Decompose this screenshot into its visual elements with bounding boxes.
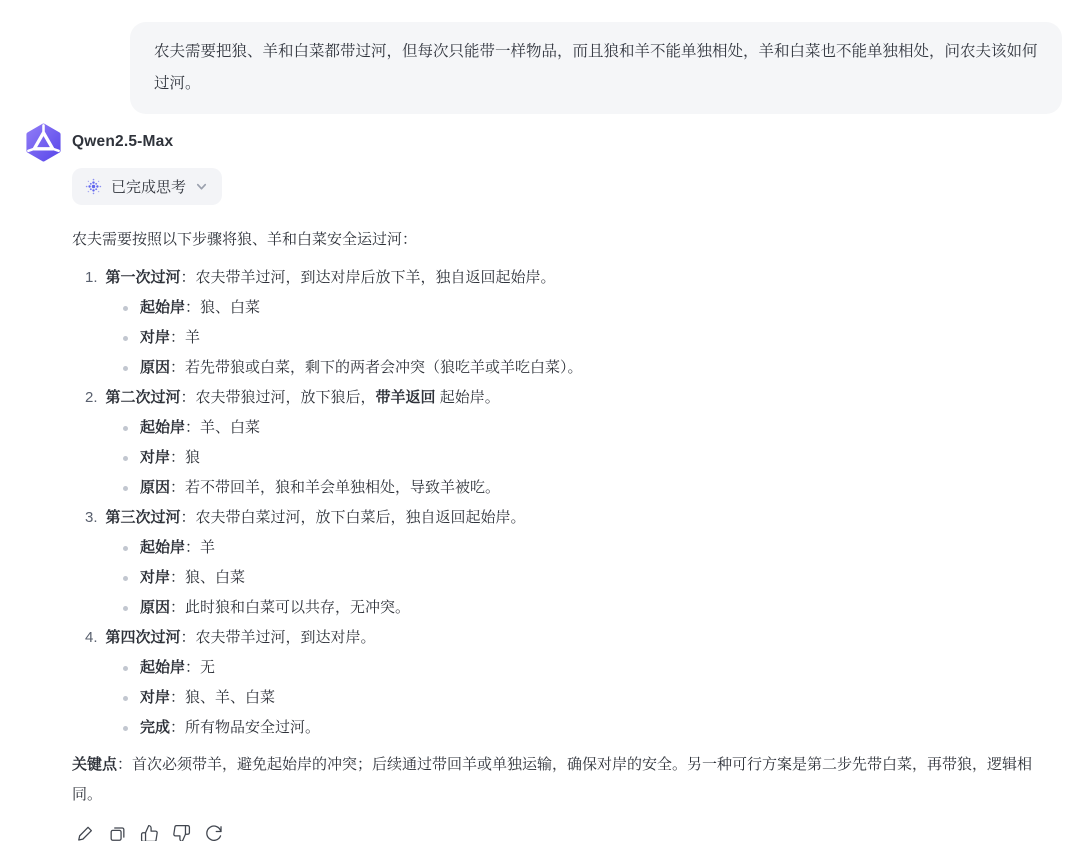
bold-text: 第二次过河 <box>106 389 181 406</box>
bullet-dot-icon <box>123 366 128 371</box>
step-detail: 起始岸：羊 <box>72 533 1056 563</box>
text: ：农夫带白菜过河，放下白菜后，独自返回起始岸。 <box>181 509 526 526</box>
thumbs-up-icon <box>140 824 159 841</box>
step-detail: 完成：所有物品安全过河。 <box>72 713 1056 743</box>
bullet-dot-icon <box>123 576 128 581</box>
user-message-bubble: 农夫需要把狼、羊和白菜都带过河，但每次只能带一样物品，而且狼和羊不能单独相处，羊… <box>130 22 1062 114</box>
bold-text: 对岸 <box>140 569 170 586</box>
bold-text: 起始岸 <box>140 419 185 436</box>
thumbs-down-button[interactable] <box>168 820 194 841</box>
model-name: Qwen2.5-Max <box>72 133 173 151</box>
sparkle-dots-icon <box>85 178 102 195</box>
text: ：羊 <box>170 329 200 346</box>
bullet-dot-icon <box>123 426 128 431</box>
step-detail: 对岸：狼、羊、白菜 <box>72 683 1056 713</box>
bold-text: 对岸 <box>140 329 170 346</box>
text: ：羊、白菜 <box>185 419 260 436</box>
bullet-dot-icon <box>123 726 128 731</box>
text: ：农夫带狼过河，放下狼后， <box>181 389 376 406</box>
step-detail: 原因：若先带狼或白菜，剩下的两者会冲突（狼吃羊或羊吃白菜）。 <box>72 353 1056 383</box>
bold-text: 对岸 <box>140 449 170 466</box>
bullet-dot-icon <box>123 456 128 461</box>
step-details: 起始岸：狼、白菜对岸：羊原因：若先带狼或白菜，剩下的两者会冲突（狼吃羊或羊吃白菜… <box>72 293 1056 383</box>
bold-text: 第一次过河 <box>106 269 181 286</box>
bold-text: 第四次过河 <box>106 629 181 646</box>
edit-icon <box>76 824 95 841</box>
text: ：若不带回羊，狼和羊会单独相处，导致羊被吃。 <box>170 479 500 496</box>
text: ：无 <box>185 659 215 676</box>
text: ：所有物品安全过河。 <box>170 719 320 736</box>
step-detail: 原因：此时狼和白菜可以共存，无冲突。 <box>72 593 1056 623</box>
bold-text: 起始岸 <box>140 539 185 556</box>
bold-text: 完成 <box>140 719 170 736</box>
step-item: 3.第三次过河：农夫带白菜过河，放下白菜后，独自返回起始岸。起始岸：羊对岸：狼、… <box>72 503 1056 623</box>
step-item: 2.第二次过河：农夫带狼过河，放下狼后，带羊返回 起始岸。起始岸：羊、白菜对岸：… <box>72 383 1056 503</box>
step-detail: 原因：若不带回羊，狼和羊会单独相处，导致羊被吃。 <box>72 473 1056 503</box>
bullet-dot-icon <box>123 606 128 611</box>
step-details: 起始岸：羊对岸：狼、白菜原因：此时狼和白菜可以共存，无冲突。 <box>72 533 1056 623</box>
step-number: 4. <box>85 629 98 646</box>
step-item: 4.第四次过河：农夫带羊过河，到达对岸。起始岸：无对岸：狼、羊、白菜完成：所有物… <box>72 623 1056 743</box>
text: ：狼、白菜 <box>185 299 260 316</box>
regenerate-button[interactable] <box>200 820 226 841</box>
thumbs-down-icon <box>172 824 191 841</box>
regenerate-icon <box>204 824 223 841</box>
bold-text: 关键点 <box>72 756 117 773</box>
step-detail: 对岸：羊 <box>72 323 1056 353</box>
bullet-dot-icon <box>123 306 128 311</box>
step-number: 2. <box>85 389 98 406</box>
step-line: 4.第四次过河：农夫带羊过河，到达对岸。 <box>72 623 1056 653</box>
text: ：羊 <box>185 539 215 556</box>
assistant-body: 已完成思考 农夫需要按照以下步骤将狼、羊和白菜安全运过河： 1.第一次过河：农夫… <box>72 162 1056 841</box>
bold-text: 对岸 <box>140 689 170 706</box>
step-detail: 对岸：狼 <box>72 443 1056 473</box>
thinking-label: 已完成思考 <box>111 176 186 197</box>
step-details: 起始岸：无对岸：狼、羊、白菜完成：所有物品安全过河。 <box>72 653 1056 743</box>
bullet-dot-icon <box>123 696 128 701</box>
step-detail: 起始岸：羊、白菜 <box>72 413 1056 443</box>
text: ：狼 <box>170 449 200 466</box>
chevron-down-icon <box>195 180 208 193</box>
bold-text: 第三次过河 <box>106 509 181 526</box>
bold-text: 起始岸 <box>140 299 185 316</box>
copy-icon <box>108 824 127 841</box>
step-item: 1.第一次过河：农夫带羊过河，到达对岸后放下羊，独自返回起始岸。起始岸：狼、白菜… <box>72 263 1056 383</box>
text: ：狼、羊、白菜 <box>170 689 275 706</box>
bold-text: 原因 <box>140 599 170 616</box>
text: ：农夫带羊过河，到达对岸后放下羊，独自返回起始岸。 <box>181 269 556 286</box>
steps-list: 1.第一次过河：农夫带羊过河，到达对岸后放下羊，独自返回起始岸。起始岸：狼、白菜… <box>72 263 1056 743</box>
bullet-dot-icon <box>123 336 128 341</box>
step-line: 1.第一次过河：农夫带羊过河，到达对岸后放下羊，独自返回起始岸。 <box>72 263 1056 293</box>
bold-text: 带羊返回 <box>376 389 436 406</box>
step-number: 3. <box>85 509 98 526</box>
qwen-logo <box>24 123 63 162</box>
thinking-toggle-button[interactable]: 已完成思考 <box>72 168 222 205</box>
step-detail: 对岸：狼、白菜 <box>72 563 1056 593</box>
step-details: 起始岸：羊、白菜对岸：狼原因：若不带回羊，狼和羊会单独相处，导致羊被吃。 <box>72 413 1056 503</box>
user-message-row: 农夫需要把狼、羊和白菜都带过河，但每次只能带一样物品，而且狼和羊不能单独相处，羊… <box>0 0 1080 114</box>
text: ：狼、白菜 <box>170 569 245 586</box>
step-line: 2.第二次过河：农夫带狼过河，放下狼后，带羊返回 起始岸。 <box>72 383 1056 413</box>
text: ：农夫带羊过河，到达对岸。 <box>181 629 376 646</box>
assistant-header: Qwen2.5-Max <box>24 122 1056 162</box>
edit-button[interactable] <box>72 820 98 841</box>
bold-text: 起始岸 <box>140 659 185 676</box>
bullet-dot-icon <box>123 546 128 551</box>
assistant-message: Qwen2.5-Max <box>24 122 1056 841</box>
copy-button[interactable] <box>104 820 130 841</box>
bold-text: 原因 <box>140 479 170 496</box>
thumbs-up-button[interactable] <box>136 820 162 841</box>
text: ：若先带狼或白菜，剩下的两者会冲突（狼吃羊或羊吃白菜）。 <box>170 359 583 376</box>
bullet-dot-icon <box>123 486 128 491</box>
step-detail: 起始岸：无 <box>72 653 1056 683</box>
message-toolbar <box>72 820 1056 841</box>
step-line: 3.第三次过河：农夫带白菜过河，放下白菜后，独自返回起始岸。 <box>72 503 1056 533</box>
bold-text: 原因 <box>140 359 170 376</box>
text: ：此时狼和白菜可以共存，无冲突。 <box>170 599 410 616</box>
summary-paragraph: 关键点：首次必须带羊，避免起始岸的冲突；后续通过带回羊或单独运输，确保对岸的安全… <box>72 750 1056 809</box>
step-detail: 起始岸：狼、白菜 <box>72 293 1056 323</box>
text: 起始岸。 <box>436 389 500 406</box>
bullet-dot-icon <box>123 666 128 671</box>
answer-intro: 农夫需要按照以下步骤将狼、羊和白菜安全运过河： <box>72 229 1056 251</box>
text: ：首次必须带羊，避免起始岸的冲突；后续通过带回羊或单独运输，确保对岸的安全。另一… <box>72 756 1032 803</box>
step-number: 1. <box>85 269 98 286</box>
